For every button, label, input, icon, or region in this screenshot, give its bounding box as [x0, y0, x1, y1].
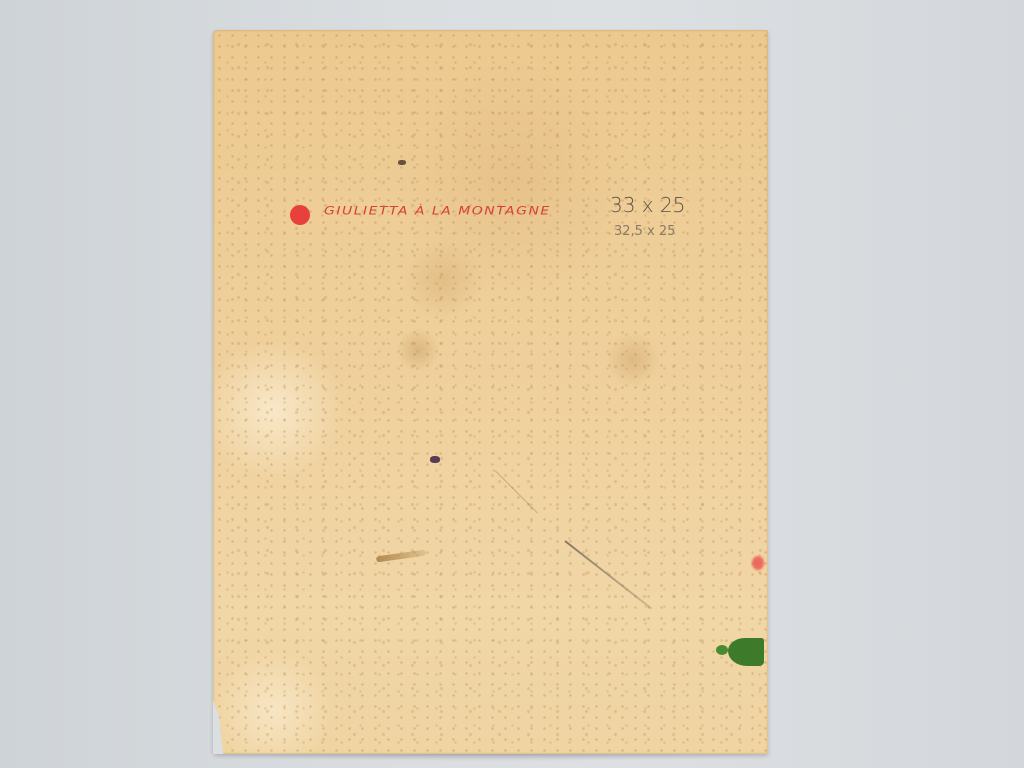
foxing-speckles	[213, 30, 768, 754]
painting-board-back	[213, 30, 768, 754]
dimensions-inscription: 33 x 25	[610, 193, 685, 217]
dimensions-secondary-inscription: 32,5 x 25	[614, 224, 675, 239]
artwork-title-inscription: GIULIETTA À LA MONTAGNE	[324, 204, 551, 218]
green-paint-fleck	[716, 645, 728, 655]
red-dot-marker	[290, 205, 310, 225]
stain-mark	[398, 160, 406, 165]
green-paint-spot	[728, 638, 764, 666]
purple-paint-mark	[430, 456, 440, 463]
red-paint-spot	[752, 556, 764, 570]
